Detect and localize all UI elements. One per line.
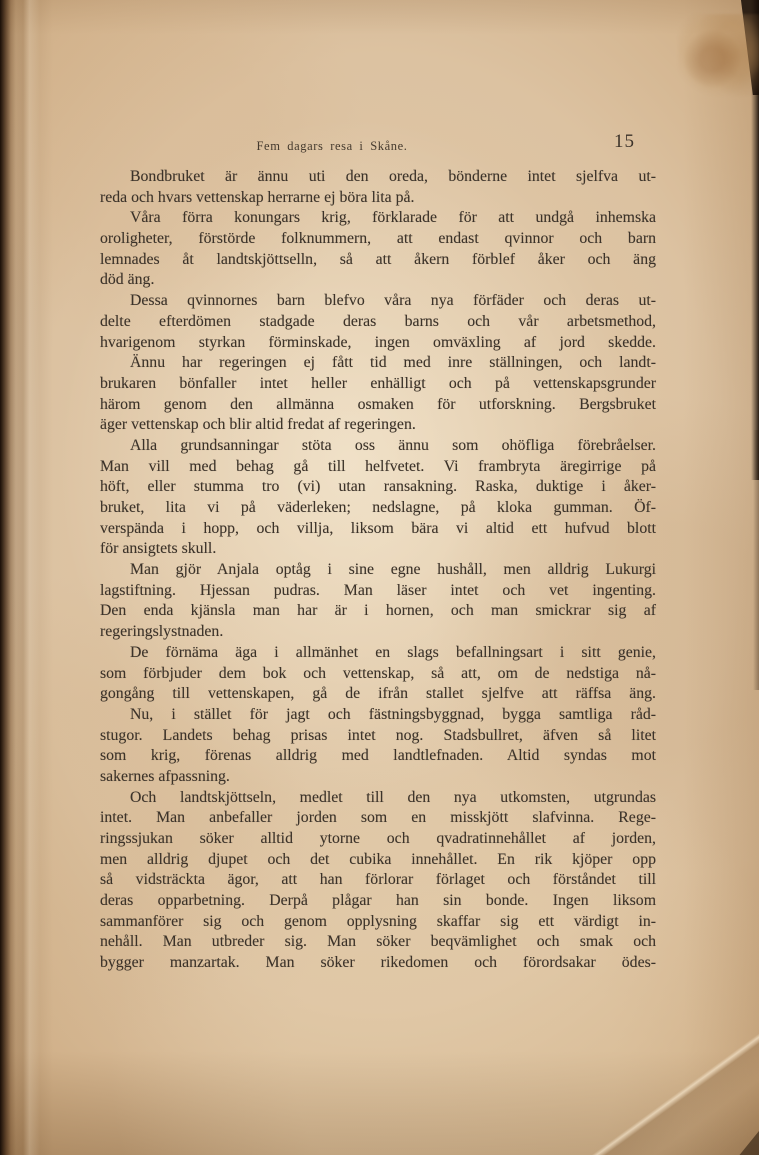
paragraph: Nu, i stället för jagt och fästningsbygg…	[100, 705, 656, 788]
text-line: sammanförer sig och genom opplysning ska…	[100, 912, 656, 933]
text-line: Och landtskjöttseln, medlet till den nya…	[100, 788, 656, 809]
text-line: så vidsträckta ägor, att han förlorar fö…	[100, 870, 656, 891]
paragraph: Våra förra konungars krig, förklarade fö…	[100, 208, 656, 291]
paragraph: Man gjör Anjala optåg i sine egne hushål…	[100, 560, 656, 643]
text-line: regeringslystnaden.	[100, 622, 656, 643]
text-line: ringssjukan söker alltid ytorne och qvad…	[100, 829, 656, 850]
text-line: Den enda kjänsla man har är i hornen, oc…	[100, 601, 656, 622]
bottom-right-fold-crease	[589, 1025, 759, 1155]
text-line: men alldrig djupet och det cubika innehå…	[100, 850, 656, 871]
text-line: delte efterdömen stadgade deras barns oc…	[100, 312, 656, 333]
text-line: lemnades åt landtskjöttselln, så att åke…	[100, 250, 656, 271]
text-line: deras opparbetning. Derpå plågar han sin…	[100, 891, 656, 912]
text-line: reda och hvars vettenskap herrarne ej bö…	[100, 188, 656, 209]
text-line: Man vill med behag gå till helfvetet. Vi…	[100, 457, 656, 478]
text-line: Ännu har regeringen ej fått tid med inre…	[100, 353, 656, 374]
paragraph: Dessa qvinnornes barn blefvo våra nya fö…	[100, 291, 656, 353]
text-line: höft, eller stumma tro (vi) utan ransakn…	[100, 477, 656, 498]
text-line: De förnäma äga i allmänhet en slags befa…	[100, 643, 656, 664]
text-body: Bondbruket är ännu uti den oreda, bönder…	[100, 167, 656, 974]
text-line: Alla grundsanningar stöta oss ännu som o…	[100, 436, 656, 457]
paragraph: De förnäma äga i allmänhet en slags befa…	[100, 643, 656, 705]
paragraph: Bondbruket är ännu uti den oreda, bönder…	[100, 167, 656, 208]
text-line: härom genom den allmänna osmaken för utf…	[100, 395, 656, 416]
text-line: verspända i hopp, och villja, liksom bär…	[100, 519, 656, 540]
text-line: hvarigenom styrkan förminskade, ingen om…	[100, 333, 656, 354]
text-line: död äng.	[100, 270, 656, 291]
paragraph: Ännu har regeringen ej fått tid med inre…	[100, 353, 656, 436]
text-line: Bondbruket är ännu uti den oreda, bönder…	[100, 167, 656, 188]
left-paper-crease	[14, 0, 40, 1155]
text-line: gongång till vettenskapen, gå de ifrån s…	[100, 684, 656, 705]
text-line: intet. Man anbefaller jorden som en miss…	[100, 808, 656, 829]
paper-stain	[678, 14, 759, 96]
text-line: nehåll. Man utbreder sig. Man söker beqv…	[100, 932, 656, 953]
text-line: stugor. Landets behag prisas intet nog. …	[100, 726, 656, 747]
text-line: för ansigtets skull.	[100, 539, 656, 560]
text-line: oroligheter, förstörde folknummern, att …	[100, 229, 656, 250]
text-line: Nu, i stället för jagt och fästningsbygg…	[100, 705, 656, 726]
page-number: 15	[614, 131, 635, 153]
text-line: äger vettenskap och blir altid fredat af…	[100, 415, 656, 436]
text-line: som krig, förenas alldrig med landtlefna…	[100, 746, 656, 767]
running-title: Fem dagars resa i Skåne.	[256, 139, 407, 154]
text-line: bruket, lita vi på väderleken; nedslagne…	[100, 498, 656, 519]
scanned-book-page: Fem dagars resa i Skåne. 15 Bondbruket ä…	[0, 0, 759, 1155]
text-line: Man gjör Anjala optåg i sine egne hushål…	[100, 560, 656, 581]
right-edge-shadow-fade	[753, 430, 759, 690]
text-line: lagstiftning. Hjessan pudras. Man läser …	[100, 581, 656, 602]
text-line: sakernes afpassning.	[100, 767, 656, 788]
paragraph: Alla grundsanningar stöta oss ännu som o…	[100, 436, 656, 560]
text-line: som förbjuder dem bok och vettenskap, så…	[100, 664, 656, 685]
text-line: Våra förra konungars krig, förklarade fö…	[100, 208, 656, 229]
text-line: brukaren bönfaller intet heller enhällig…	[100, 374, 656, 395]
paragraph: Och landtskjöttseln, medlet till den nya…	[100, 788, 656, 974]
text-line: bygger manzartak. Man söker rikedomen oc…	[100, 953, 656, 974]
text-line: Dessa qvinnornes barn blefvo våra nya fö…	[100, 291, 656, 312]
